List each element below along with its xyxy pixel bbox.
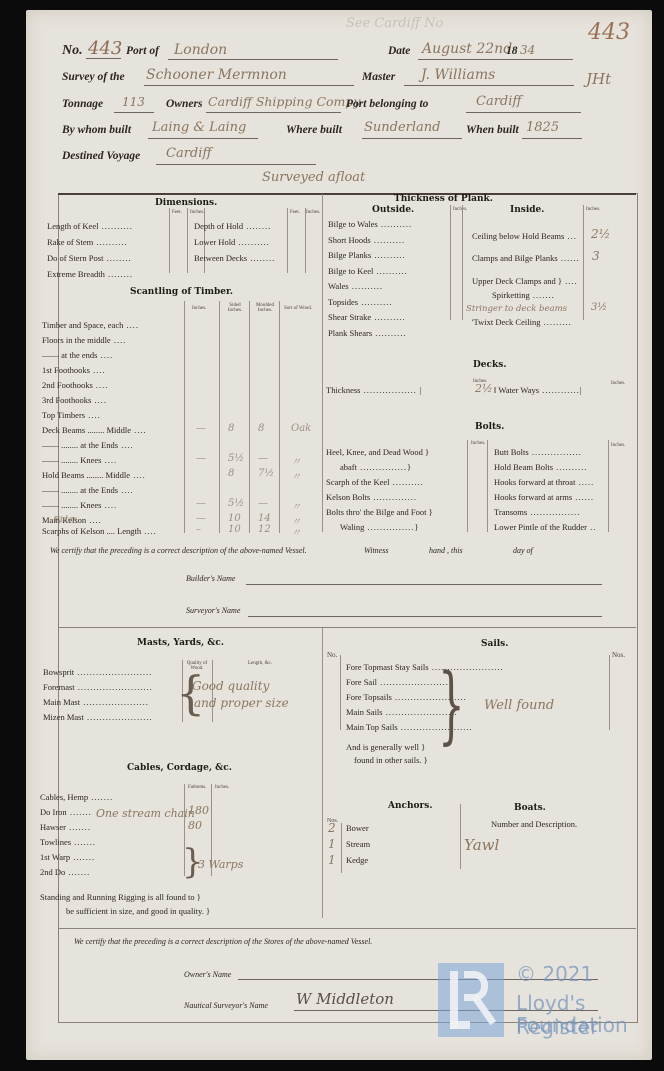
scantling-row-label: Deck Beams ........ Middle .... (42, 425, 147, 435)
sails-col-no-left: No. (327, 651, 337, 659)
boats-value: Yawl (464, 836, 499, 854)
certify-vessel-text: We certify that the preceding is a corre… (50, 546, 307, 555)
tonnage-value: 113 (122, 95, 145, 109)
anchor-label: Stream (346, 839, 370, 849)
owners-value: Cardiff Shipping Compy (208, 94, 360, 109)
masts-title: Masts, Yards, &c. (137, 638, 224, 648)
sails-brace: } (438, 662, 465, 746)
date-value: August 22nd (422, 41, 512, 57)
sails-col-no-right: Nos. (612, 651, 625, 659)
bolts-transoms: Transoms ................ (494, 507, 580, 517)
scantling-row-moulded: — (258, 498, 268, 509)
when-built-label: When built (466, 124, 519, 136)
top-note: See Cardiff No (346, 16, 443, 31)
scantling-row-label: —— ........ Knees .... (42, 455, 117, 465)
builder-name-line (246, 584, 602, 585)
hawser-note: One stream chain (96, 807, 195, 820)
plank-inside-clamps-value: 3 (592, 249, 600, 263)
where-built-label: Where built (286, 124, 342, 136)
plank-inside-stringer-value: 3½ (591, 302, 607, 313)
scantling-row-label: Timber and Space, each .... (42, 320, 139, 330)
cable-row-label: 2nd Do ....... (40, 867, 90, 877)
bolts-col-inches-right: Inches. (611, 443, 625, 448)
waterways-col-inches: Inches. (611, 381, 625, 386)
anchor-count: 1 (328, 853, 336, 867)
cable-row-fathoms: 80 (188, 819, 202, 832)
plank-title: Thickness of Plank. (394, 194, 493, 204)
dim-depth-of-hold: Depth of Hold ........ (194, 221, 271, 231)
corner-number: 443 (588, 20, 630, 45)
plank-outside-col-inches: Inches. (453, 207, 467, 212)
year-suffix: 34 (520, 43, 535, 57)
port-label: Port of (126, 45, 159, 57)
scantling-row-moulded: 12 (258, 524, 271, 535)
dim-length-of-keel: Length of Keel .......... (47, 221, 133, 231)
port-belonging-value: Cardiff (476, 94, 522, 109)
sails-footer-1: And is generally well } (346, 742, 425, 752)
masts-col-length: Length, &c. (248, 661, 272, 666)
anchor-count: 2 (328, 821, 336, 835)
scantling-col-sided: Sided Inches. (224, 303, 246, 313)
sails-note: Well found (484, 698, 554, 713)
scantling-row-wood: 〃 (291, 524, 301, 539)
watermark-copyright: © 2021 (516, 962, 593, 986)
sail-item: Fore Sail ....................... (346, 677, 452, 687)
plank-outside-item: Bilge Planks .......... (328, 250, 406, 260)
scantling-row-inches: — (196, 513, 206, 524)
scantling-row-label: —— ........ Knees .... (42, 500, 117, 510)
plank-inside-twixt: 'Twixt Deck Ceiling ......... (472, 317, 572, 327)
plank-outside-item: Plank Shears .......... (328, 328, 407, 338)
plank-inside-ceiling-value: 2½ (591, 227, 610, 241)
voyage-label: Destined Voyage (62, 150, 140, 162)
plank-inside-title: Inside. (510, 205, 544, 215)
scantling-row-inches: – (196, 524, 201, 535)
master-value: J. Williams (421, 67, 495, 83)
scantling-row-moulded: 8 (258, 423, 264, 434)
bolts-lower-pintle: Lower Pintle of the Rudder .. (494, 522, 596, 532)
plank-outside-item: Short Hoods .......... (328, 235, 405, 245)
surveyor-name-line (248, 616, 602, 617)
cable-row-label: 1st Warp ....... (40, 852, 95, 862)
cables-col-inches: Inches. (215, 785, 229, 790)
surveyor-name-label: Surveyor's Name (186, 606, 240, 615)
built-by-value: Laing & Laing (152, 120, 246, 135)
bolts-scarph-keel: Scarph of the Keel .......... (326, 477, 424, 487)
scantling-row-moulded: 7½ (258, 468, 274, 479)
anchor-label: Kedge (346, 855, 368, 865)
tonnage-label: Tonnage (62, 98, 103, 110)
owner-name-label: Owner's Name (184, 970, 231, 979)
plank-outside-item: Topsides .......... (328, 297, 392, 307)
scantling-row-wood: Oak (291, 423, 311, 434)
dim-between-decks: Between Decks ........ (194, 253, 275, 263)
port-belonging-label: Port belonging to (346, 98, 428, 110)
anchor-label: Bower (346, 823, 369, 833)
plank-outside-item: Bilge to Wales .......... (328, 219, 412, 229)
scantling-row-inches: — (196, 423, 206, 434)
cable-row-label: Do Iron ....... (40, 807, 92, 817)
certify-hand: hand , this (429, 546, 463, 555)
bolts-title: Bolts. (475, 422, 504, 432)
dimensions-col-inches: Inches. (190, 210, 204, 215)
scantling-row-sided: 8 (228, 468, 234, 479)
sail-item: Fore Topmast Stay Sails ................… (346, 662, 504, 672)
dim-rake-of-stem: Rake of Stem .......... (47, 237, 128, 247)
scantling-row-inches: — (196, 498, 206, 509)
plank-inside-upper-deck: Upper Deck Clamps and } .... (472, 276, 578, 286)
scantling-row-label: 1st Foothooks .... (42, 365, 106, 375)
scantling-row-sided: 8 (228, 423, 234, 434)
scantling-row-moulded: — (258, 453, 268, 464)
plank-outside-title: Outside. (372, 205, 414, 215)
scantling-row-sided: 5½ (228, 453, 244, 464)
survey-document-page: See Cardiff No 443 No. 443 Port of Londo… (26, 10, 652, 1060)
sails-title: Sails. (481, 639, 508, 649)
scantling-row-wood: 〃 (291, 468, 301, 483)
scantling-row-wood: 〃 (291, 498, 301, 513)
scantling-row-inches: — (196, 453, 206, 464)
bolts-heel-knee: Heel, Knee, and Dead Wood } (326, 447, 429, 457)
plank-outside-item: Wales .......... (328, 281, 383, 291)
year-prefix: 18 (506, 45, 518, 57)
when-built-value: 1825 (526, 120, 559, 135)
dimensions-col-feet-right: Feet. (290, 210, 300, 215)
dim-lower-hold: Lower Hold .......... (194, 237, 270, 247)
where-built-value: Sunderland (364, 120, 440, 135)
scantling-col-moulded: Moulded Inches. (252, 303, 278, 313)
bolts-bilge-foot: Bolts thro' the Bilge and Foot } (326, 507, 433, 517)
lr-logo-watermark (438, 963, 504, 1037)
owners-label: Owners (166, 98, 202, 110)
boats-title: Boats. (514, 803, 546, 813)
bolts-col-inches-left: Inches. (471, 441, 485, 446)
scantling-row-label: —— ........ at the Ends .... (42, 485, 134, 495)
scantling-title: Scantling of Timber. (130, 287, 233, 297)
nautical-surveyor-signature: W Middleton (296, 990, 394, 1008)
builder-name-label: Builder's Name (186, 574, 235, 583)
bolts-hooks-arms: Hooks forward at arms ...... (494, 492, 594, 502)
bolts-kelson: Kelson Bolts .............. (326, 492, 417, 502)
date-label: Date (388, 45, 410, 57)
rigging-line-2: be sufficient in size, and good in quali… (66, 906, 210, 916)
nautical-surveyor-label: Nautical Surveyor's Name (184, 1001, 268, 1010)
cable-row-label: Cables, Hemp ....... (40, 792, 113, 802)
watermark-line2: Foundation (516, 1013, 628, 1037)
bolts-butt: Butt Bolts ................ (494, 447, 582, 457)
scantling-row-moulded: 14 (258, 513, 271, 524)
mast-main: Main Mast ..................... (43, 697, 149, 707)
bolts-hold-beam: Hold Beam Bolts .......... (494, 462, 587, 472)
scantling-row-sided: 5½ (228, 498, 244, 509)
bolts-abaft: abaft ...............} (340, 462, 412, 472)
dim-extreme-breadth: Extreme Breadth ........ (47, 269, 133, 279)
cables-col-fathoms: Fathoms. (188, 785, 206, 790)
scantling-row-label: Scarphs of Kelson .... Length .... (42, 526, 157, 536)
boats-subtitle: Number and Description. (491, 819, 577, 829)
dimensions-title: Dimensions. (155, 198, 217, 208)
decks-thickness-value: 2½ (475, 382, 493, 395)
plank-inside-clamps: Clamps and Bilge Planks ...... (472, 253, 580, 263)
scantling-row-label: —— ........ at the Ends .... (42, 440, 134, 450)
certify-day-of: day of (513, 546, 533, 555)
plank-outside-item: Bilge to Keel .......... (328, 266, 408, 276)
sails-footer-2: found in other sails. } (354, 755, 428, 765)
scantling-row-label: 3rd Foothooks .... (42, 395, 107, 405)
plank-inside-ceiling: Ceiling below Hold Beams ... (472, 231, 577, 241)
no-value: 443 (88, 38, 122, 59)
scantling-col-wood: Sort of Wood. (284, 306, 312, 311)
built-by-label: By whom built (62, 124, 131, 136)
anchors-title: Anchors. (388, 801, 433, 811)
scantling-row-sided: 10 (228, 524, 241, 535)
scantling-row-wood: 〃 (291, 453, 301, 468)
masts-note-2: and proper size (194, 696, 289, 710)
mast-mizen: Mizen Mast ..................... (43, 712, 153, 722)
masts-note-1: Good quality (192, 679, 269, 693)
port-value: London (174, 42, 227, 58)
mast-bowsprit: Bowsprit ........................ (43, 667, 152, 677)
cables-title: Cables, Cordage, &c. (127, 763, 232, 773)
no-label: No. (62, 43, 83, 59)
plank-outside-item: Shear Strake .......... (328, 312, 406, 322)
scantling-row-label: —— at the ends .... (42, 350, 113, 360)
survey-label: Survey of the (62, 71, 125, 83)
master-initials: JHt (586, 70, 611, 88)
certify-stores-text: We certify that the preceding is a corre… (74, 937, 372, 946)
rigging-line-1: Standing and Running Rigging is all foun… (40, 892, 201, 902)
cable-row-label: Towlines ....... (40, 837, 96, 847)
scantling-row-label: Floors in the middle .... (42, 335, 126, 345)
plank-inside-spirketting: Spirketting ....... (492, 290, 555, 300)
master-label: Master (362, 71, 395, 83)
dimensions-col-inches-right: Inches. (306, 210, 320, 215)
decks-thickness: Thickness ................. | (326, 385, 423, 395)
mast-foremast: Foremast ........................ (43, 682, 153, 692)
warps-note: 3 Warps (198, 858, 243, 871)
surveyed-note: Surveyed afloat (262, 170, 365, 185)
scantling-row-label: Top Timbers .... (42, 410, 101, 420)
plank-inside-stringer: Stringer to deck beams (466, 304, 567, 314)
voyage-value: Cardiff (166, 146, 212, 161)
cable-row-label: Hawser ....... (40, 822, 91, 832)
decks-waterways: ‖ Water Ways ............| (494, 385, 582, 395)
plank-inside-col-inches: Inches. (586, 207, 600, 212)
dimensions-col-feet: Feet. (172, 210, 182, 215)
scantling-col-inches: Inches. (192, 306, 206, 311)
anchor-count: 1 (328, 837, 336, 851)
dim-stern-post: Do of Stern Post ........ (47, 253, 132, 263)
bolts-hooks-throat: Hooks forward at throat ..... (494, 477, 594, 487)
bolts-waling: Waling ...............} (340, 522, 419, 532)
scantling-row-label: 2nd Foothooks .... (42, 380, 108, 390)
certify-witness: Witness (364, 546, 388, 555)
scantling-row-label: Hold Beams ........ Middle .... (42, 470, 146, 480)
rider-note: Rider (54, 515, 76, 524)
scantling-row-sided: 10 (228, 513, 241, 524)
survey-value: Schooner Mermnon (146, 67, 287, 83)
decks-title: Decks. (473, 360, 506, 370)
